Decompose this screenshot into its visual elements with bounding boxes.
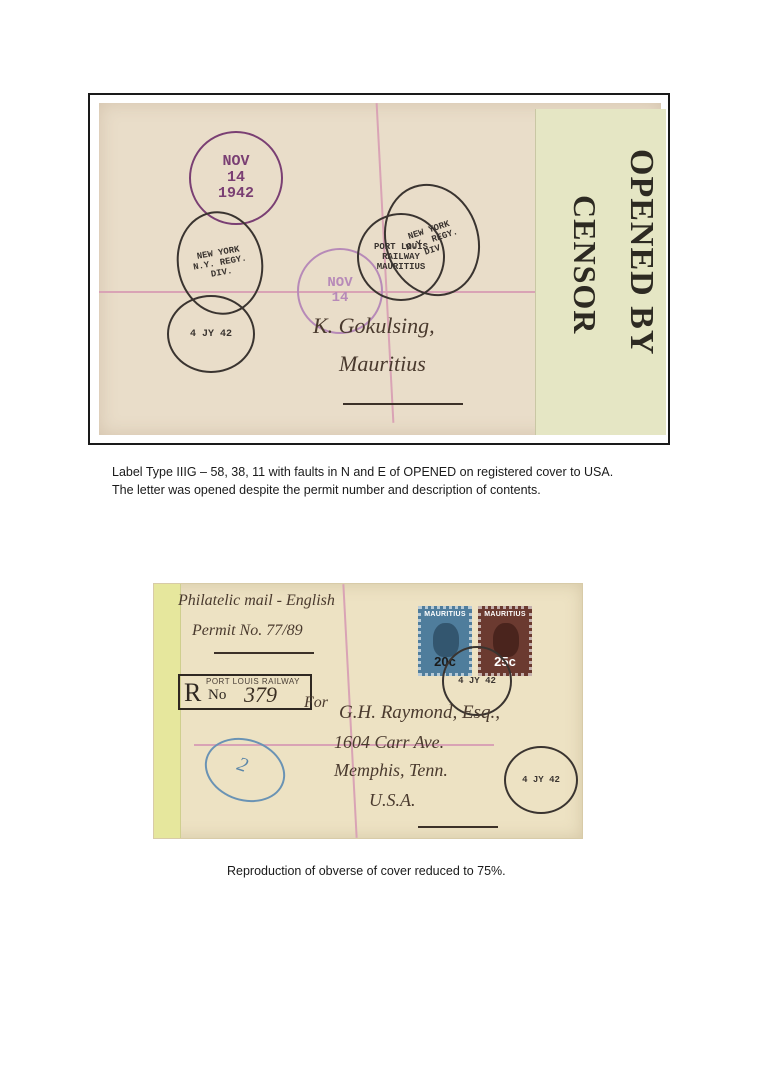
king-portrait: [433, 623, 459, 657]
postmark-day: 14: [218, 170, 254, 186]
handwriting-philatelic-mail: Philatelic mail - English: [178, 592, 335, 610]
reverse-cover-envelope: NOV 14 1942 NEW YORK N.Y. REGY. DIV. 4 J…: [99, 103, 661, 435]
address-line-2: 1604 Carr Ave.: [334, 732, 444, 753]
censor-label-edge: [154, 584, 181, 838]
caption-reverse-line2: The letter was opened despite the permit…: [112, 481, 613, 499]
address-prefix: For: [304, 694, 328, 712]
censor-label-opened-by: OPENED BY: [622, 149, 660, 355]
port-louis-railway-postmark-front-2: 4 JY 42: [504, 746, 578, 814]
address-line-4: U.S.A.: [369, 790, 416, 811]
permit-underline: [214, 652, 314, 654]
registration-no-label: No: [208, 687, 226, 704]
postmark-year: 1942: [218, 186, 254, 202]
caption-reverse-line1: Label Type IIIG – 58, 38, 11 with faults…: [112, 463, 613, 481]
handwriting-permit: Permit No. 77/89: [192, 622, 303, 640]
caption-reverse: Label Type IIIG – 58, 38, 11 with faults…: [112, 463, 613, 499]
sender-name: K. Gokulsing,: [313, 313, 435, 339]
memphis-crosstown-postmark: NOV 14 1942: [189, 131, 283, 225]
reverse-cover-frame: NOV 14 1942 NEW YORK N.Y. REGY. DIV. 4 J…: [88, 93, 670, 445]
sender-place: Mauritius: [339, 351, 426, 377]
obverse-cover: Philatelic mail - English Permit No. 77/…: [153, 583, 583, 839]
registration-label: R PORT LOUIS RAILWAY No 379: [178, 674, 312, 710]
censor-label: OPENED BY CENSOR: [535, 109, 666, 435]
caption-obverse: Reproduction of obverse of cover reduced…: [227, 862, 506, 880]
postmark-month: NOV: [218, 154, 254, 170]
address-line-1: G.H. Raymond, Esq.,: [339, 702, 500, 724]
port-louis-railway-postmark-back: 4 JY 42: [167, 295, 255, 373]
blue-crayon-oval-mark: 2: [196, 728, 293, 812]
blue-mark-number: 2: [234, 753, 251, 778]
sender-underline: [343, 403, 463, 405]
censor-label-censor: CENSOR: [566, 195, 603, 334]
registration-number: 379: [244, 682, 277, 708]
address-line-3: Memphis, Tenn.: [334, 760, 448, 781]
registration-letter: R: [184, 678, 201, 708]
address-underline: [418, 826, 498, 828]
